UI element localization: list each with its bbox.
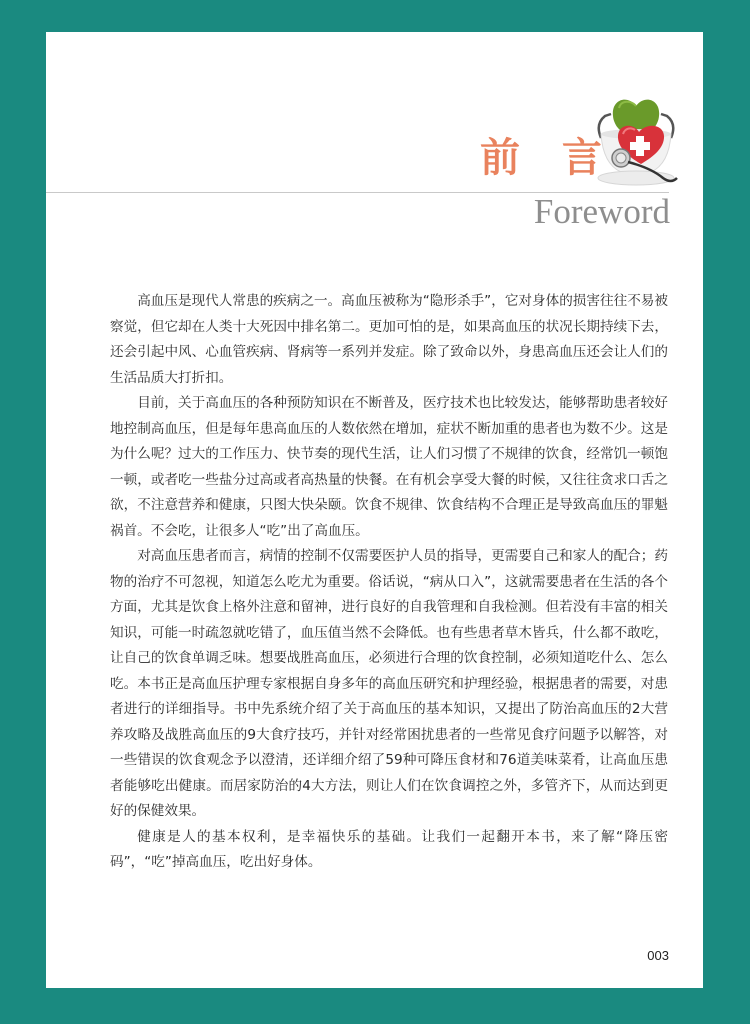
page-number: 003 [647,948,669,963]
paragraph: 目前，关于高血压的各种预防知识在不断普及，医疗技术也比较发达，能够帮助患者较好地… [110,391,668,544]
paragraph: 对高血压患者而言，病情的控制不仅需要医护人员的指导，更需要自己和家人的配合；药物… [110,544,668,825]
paragraph: 健康是人的基本权利，是幸福快乐的基础。让我们一起翻开本书，来了解“降压密码”，“… [110,825,668,876]
page-title-english: Foreword [534,192,670,232]
foreword-body: 高血压是现代人常患的疾病之一。高血压被称为“隐形杀手”，它对身体的损害往往不易被… [110,289,668,876]
heart-teacup-stethoscope-icon [591,94,681,190]
paragraph: 高血压是现代人常患的疾病之一。高血压被称为“隐形杀手”，它对身体的损害往往不易被… [110,289,668,391]
book-page: 前 言 Foreword 高血压是现代人常 [46,32,703,988]
